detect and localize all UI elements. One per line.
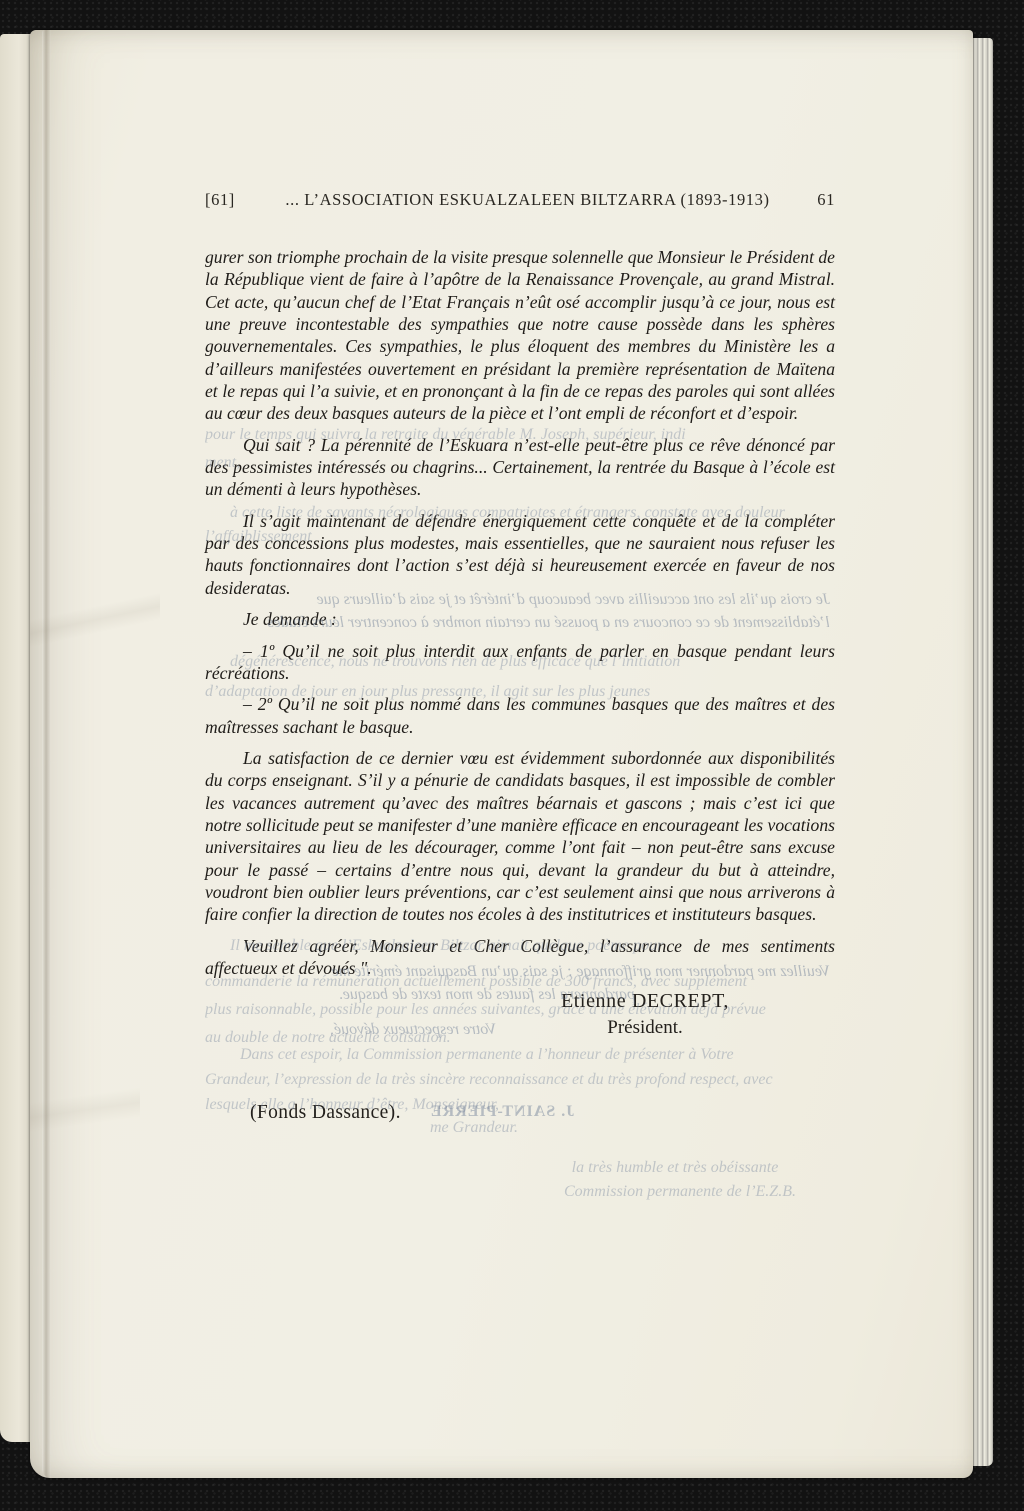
page-number: 61: [780, 190, 835, 210]
running-head-title: ... L’ASSOCIATION ESKUALZALEEN BILTZARRA…: [275, 190, 780, 210]
signature-name: Etienne DECREPT,: [480, 990, 810, 1013]
page-content: [61] ... L’ASSOCIATION ESKUALZALEEN BILT…: [205, 190, 835, 988]
scanned-book-photo: [61] ... L’ASSOCIATION ESKUALZALEEN BILT…: [0, 0, 1024, 1511]
paragraph: La satisfaction de ce dernier vœu est év…: [205, 747, 835, 926]
paragraph: – 1º Qu’il ne soit plus interdit aux enf…: [205, 640, 835, 685]
ghost-text-line: Votre respectueux dévoué,: [330, 1020, 496, 1040]
body-text: gurer son triomphe prochain de la visite…: [205, 246, 835, 979]
paragraph: Qui sait ? La pérennité de l’Eskuara n’e…: [205, 434, 835, 501]
ghost-text-line: Dans cet espoir, la Commission permanent…: [240, 1045, 835, 1065]
book-page: [61] ... L’ASSOCIATION ESKUALZALEEN BILT…: [30, 30, 973, 1478]
gutter-crease: [42, 30, 51, 1478]
margin-folio-marker: [61]: [205, 190, 275, 210]
paragraph: gurer son triomphe prochain de la visite…: [205, 246, 835, 425]
source-note: (Fonds Dassance).: [250, 1102, 401, 1124]
left-page-edge: [0, 34, 34, 1442]
ghost-text-line: me Grandeur.: [430, 1118, 518, 1138]
paragraph: Il s’agit maintenant de défendre énergiq…: [205, 510, 835, 599]
signature-block: Etienne DECREPT, Président.: [480, 990, 810, 1039]
ghost-text-line: la très humble et très obéissante: [510, 1158, 840, 1178]
paragraph: Je demande :: [205, 608, 835, 630]
running-head: [61] ... L’ASSOCIATION ESKUALZALEEN BILT…: [205, 190, 835, 210]
ghost-text-line: Commission permanente de l’E.Z.B.: [500, 1182, 860, 1202]
paragraph: – 2º Qu’il ne soit plus nommé dans les c…: [205, 693, 835, 738]
ghost-text-line: J. SAINT-PIERRE: [430, 1102, 574, 1122]
ghost-text-line: Grandeur, l’expression de la très sincèr…: [205, 1070, 835, 1090]
right-page-stack-edge: [972, 38, 993, 1466]
paragraph: Veuillez agréer, Monsieur et Cher Collèg…: [205, 935, 835, 980]
signature-title: Président.: [480, 1017, 810, 1039]
